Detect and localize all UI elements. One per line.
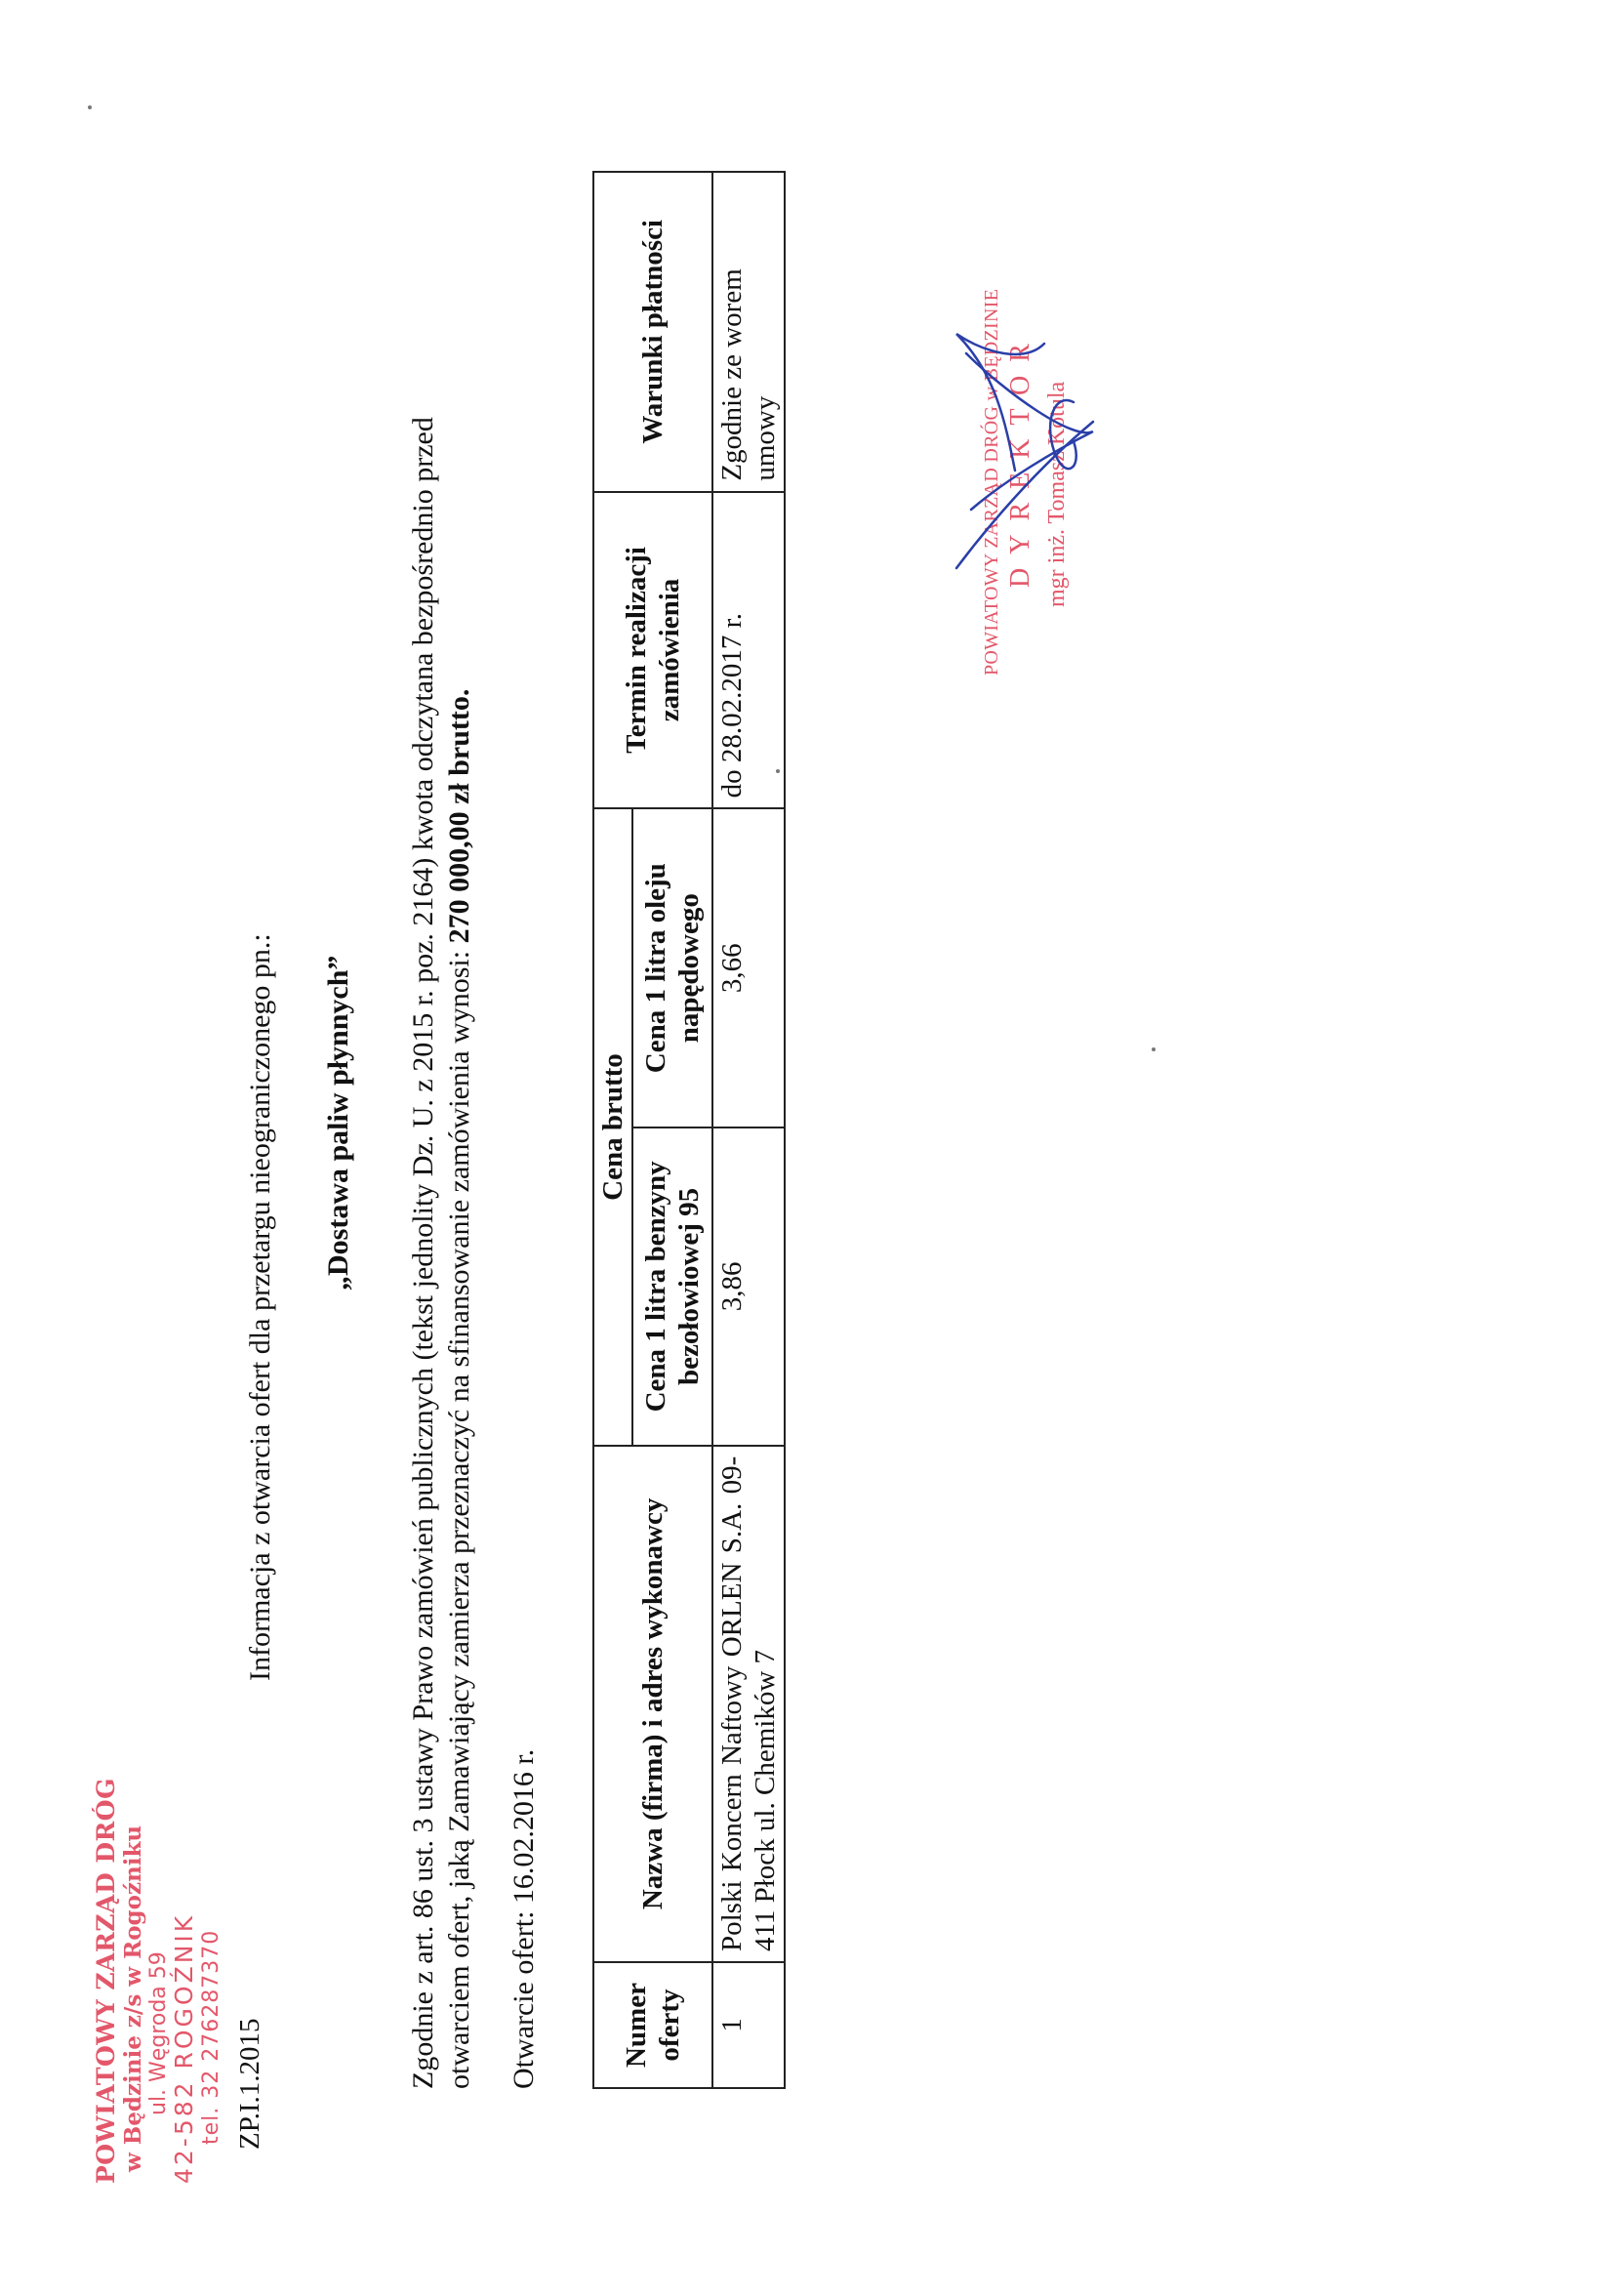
offers-table: Numer oferty Nazwa (firma) i adres wykon… bbox=[592, 171, 786, 2089]
opening-date: Otwarcie ofert: 16.02.2016 r. bbox=[507, 1749, 541, 2089]
institution-stamp: POWIATOWY ZARZĄD DRÓG w Będzinie z/s w R… bbox=[93, 1778, 224, 2184]
stamp-line: tel. 32 276287370 bbox=[199, 1778, 223, 2145]
stamp-line: 42-582 ROGOŹNIK bbox=[171, 1778, 199, 2184]
budget-amount: 270 000,00 zł brutto. bbox=[443, 689, 475, 944]
header-number: Numer oferty bbox=[593, 1962, 712, 2088]
table-row: 1 Polski Koncern Naftowy ORLEN S.A. 09-4… bbox=[712, 172, 785, 2088]
intro-text: Informacja z otwarcia ofert dla przetarg… bbox=[244, 933, 277, 1681]
document-page: POWIATOWY ZARZĄD DRÓG w Będzinie z/s w R… bbox=[0, 0, 1624, 2296]
scan-speck bbox=[1152, 1047, 1156, 1051]
table-header-row: Numer oferty Nazwa (firma) i adres wykon… bbox=[593, 172, 632, 2088]
cell-name: Polski Koncern Naftowy ORLEN S.A. 09-411… bbox=[712, 1446, 785, 1962]
header-payment: Warunki płatności bbox=[593, 172, 712, 492]
reference-code: ZP.I.1.2015 bbox=[234, 2018, 266, 2150]
legal-paragraph: Zgodnie z art. 86 ust. 3 ustawy Prawo za… bbox=[405, 417, 477, 2089]
cell-diesel: 3,66 bbox=[712, 808, 785, 1127]
stamp-line: POWIATOWY ZARZĄD DRÓG bbox=[93, 1778, 121, 2184]
header-name: Nazwa (firma) i adres wykonawcy bbox=[593, 1446, 712, 1962]
stamp-line: w Będzinie z/s w Rogoźniku bbox=[121, 1778, 146, 2172]
header-diesel: Cena 1 litra oleju napędowego bbox=[632, 808, 712, 1127]
signature-icon bbox=[947, 314, 1103, 588]
header-petrol: Cena 1 litra benzyny bezołowiowej 95 bbox=[632, 1127, 712, 1446]
scan-speck bbox=[88, 105, 92, 109]
paragraph-text: otwarciem ofert, jaką Zamawiający zamier… bbox=[443, 943, 475, 2089]
paragraph-line: Zgodnie z art. 86 ust. 3 ustawy Prawo za… bbox=[405, 417, 441, 2089]
tender-title: „Dostawa paliw płynnych” bbox=[322, 956, 355, 1291]
scan-speck bbox=[776, 769, 780, 773]
cell-deadline: do 28.02.2017 r. bbox=[712, 492, 785, 809]
cell-payment: Zgodnie ze worem umowy bbox=[712, 172, 785, 492]
cell-number: 1 bbox=[712, 1962, 785, 2088]
header-price-group: Cena brutto bbox=[593, 808, 632, 1445]
stamp-line: ul. Węgroda 59 bbox=[146, 1778, 171, 2115]
cell-petrol: 3,86 bbox=[712, 1127, 785, 1446]
paragraph-line: otwarciem ofert, jaką Zamawiający zamier… bbox=[441, 417, 477, 2089]
header-deadline: Termin realizacji zamówienia bbox=[593, 492, 712, 809]
